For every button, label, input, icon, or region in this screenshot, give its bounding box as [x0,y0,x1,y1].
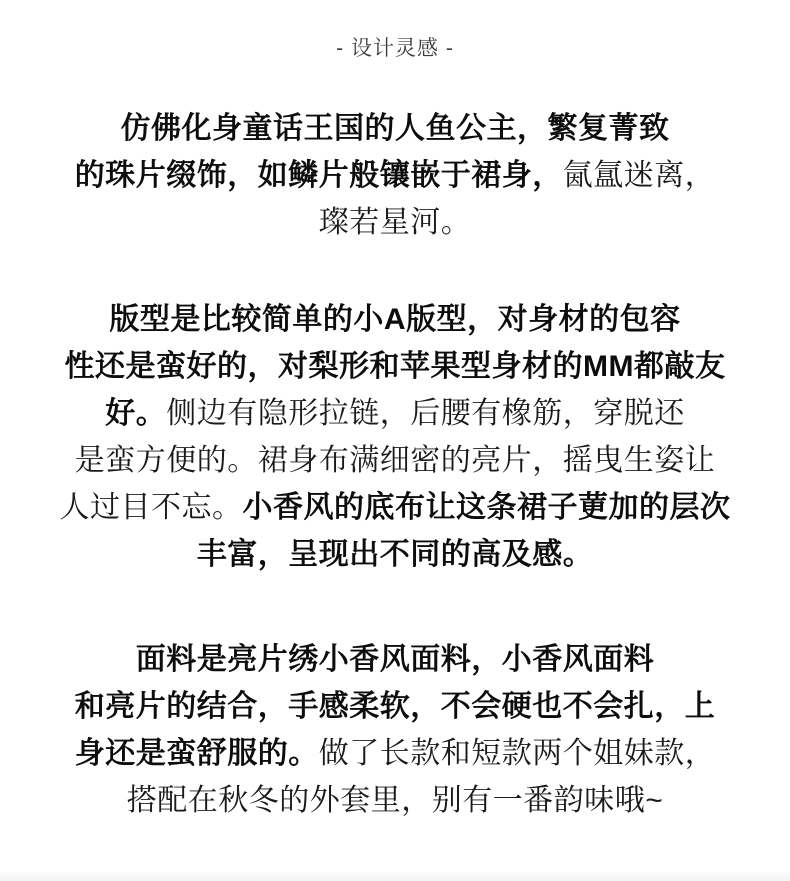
text-segment: 侧边有隐形拉链，后腰有橡筋，穿脱还 [166,397,685,430]
text-line: 身还是蛮舒服的。做了长款和短款两个姐妹款， [45,730,745,777]
design-description: 仿佛化身童话王国的人鱼公主，繁复菁致的珠片缀饰，如鳞片般镶嵌于裙身，氤氲迷离，璨… [45,105,745,824]
text-line: 好。侧边有隐形拉链，后腰有橡筋，穿脱还 [45,390,745,437]
text-line: 人过目不忘。小香风的底布让这条裙子莄加的层次 [45,484,745,531]
text-line: 和亮片的结合，手感柔软，不会硬也不会扎，上 [45,683,745,730]
text-line: 性还是蛮好的，对梨形和苹果型身材的MM都敲友 [45,343,745,390]
text-segment: 搭配在秋冬的外套里，别有一番韵味哦~ [127,784,664,817]
text-segment: 身还是蛮舒服的。 [75,737,319,770]
text-segment: 面料是亮片绣小香风面料，小香风面料 [136,643,655,676]
text-segment: 小香风的底布让这条裙子莄加的层次 [243,491,731,524]
text-line: 的珠片缀饰，如鳞片般镶嵌于裙身，氤氲迷离， [45,152,745,199]
text-line: 丰富，呈现出不同的高及感。 [45,531,745,578]
text-line: 版型是比较简单的小A版型，对身材的包容 [45,296,745,343]
text-segment: 仿佛化身童话王国的人鱼公主，繁复菁致 [121,112,670,145]
next-section-edge [0,872,790,881]
text-segment: 和亮片的结合，手感柔软，不会硬也不会扎，上 [75,690,716,723]
text-segment: 是蛮方便的。裙身布满细密的亮片，摇曳生姿让 [75,444,716,477]
text-line: 璨若星河。 [45,199,745,246]
text-segment: 氤氲迷离， [563,159,716,192]
text-segment: 版型是比较简单的小A版型，对身材的包容 [109,303,680,336]
text-line: 面料是亮片绣小香风面料，小香风面料 [45,636,745,683]
paragraph: 版型是比较简单的小A版型，对身材的包容性还是蛮好的，对梨形和苹果型身材的MM都敲… [45,296,745,578]
text-segment: 的珠片缀饰，如鳞片般镶嵌于裙身， [75,159,563,192]
text-segment: 璨若星河。 [319,206,472,239]
text-line: 是蛮方便的。裙身布满细密的亮片，摇曳生姿让 [45,437,745,484]
text-segment: 做了长款和短款两个姐妹款， [319,737,716,770]
text-segment: 性还是蛮好的，对梨形和苹果型身材的MM都敲友 [65,350,726,383]
paragraph: 面料是亮片绣小香风面料，小香风面料和亮片的结合，手感柔软，不会硬也不会扎，上身还… [45,636,745,824]
paragraph: 仿佛化身童话王国的人鱼公主，繁复菁致的珠片缀饰，如鳞片般镶嵌于裙身，氤氲迷离，璨… [45,105,745,246]
text-segment: 人过目不忘。 [60,491,243,524]
text-segment: 丰富，呈现出不同的高及感。 [197,538,594,571]
text-line: 仿佛化身童话王国的人鱼公主，繁复菁致 [45,105,745,152]
page-title: - 设计灵感 - [0,0,790,61]
design-inspiration-page: - 设计灵感 - 仿佛化身童话王国的人鱼公主，繁复菁致的珠片缀饰，如鳞片般镶嵌于… [0,0,790,881]
text-line: 搭配在秋冬的外套里，别有一番韵味哦~ [45,777,745,824]
text-segment: 好。 [105,397,166,430]
